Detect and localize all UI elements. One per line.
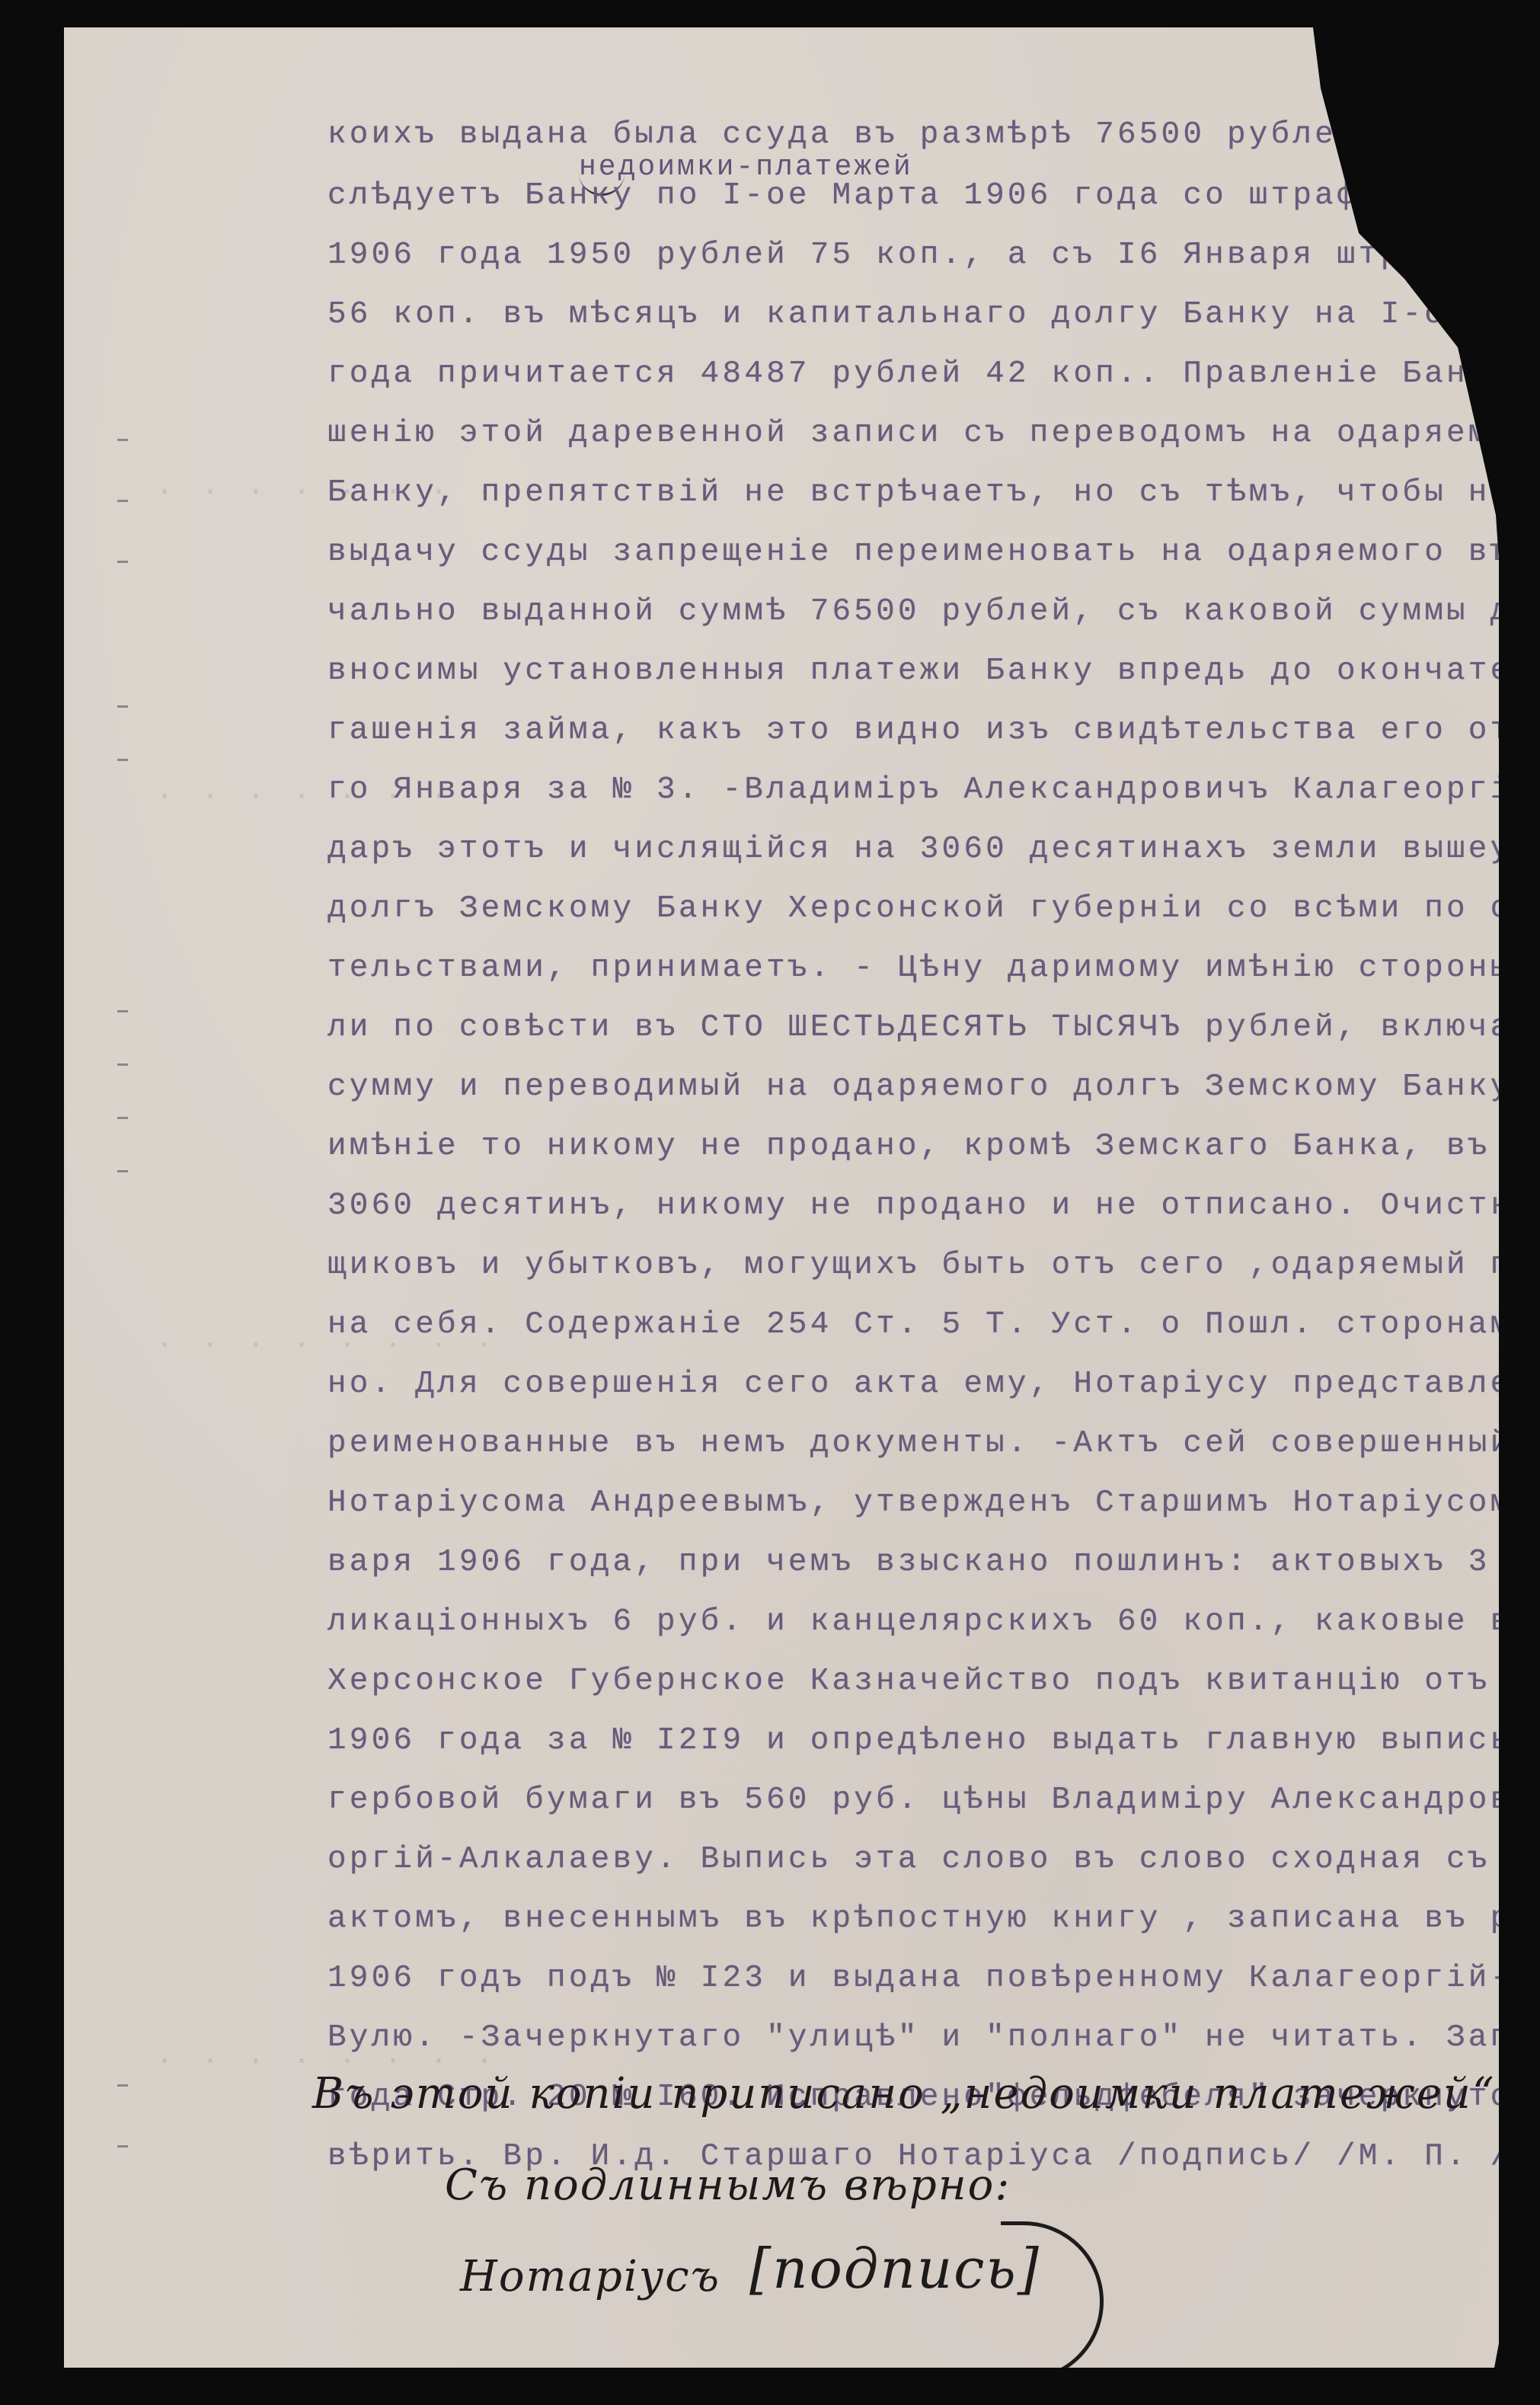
margin-mark: [117, 439, 128, 441]
typed-line: актомъ, внесеннымъ въ крѣпостную книгу ,…: [327, 1901, 1540, 1936]
typed-line: но. Для совершенія сего акта ему, Нотарі…: [327, 1367, 1540, 1402]
handwritten-note: Въ этой копіи приписано „недоимки платеж…: [312, 2069, 1495, 2119]
typed-line: оргій-Алкалаеву. Выпись эта слово въ сло…: [327, 1842, 1540, 1877]
typed-line: даръ этотъ и числящійся на 3060 десятина…: [327, 832, 1540, 867]
typed-line: на себя. Содержаніе 254 Ст. 5 Т. Уст. о …: [327, 1307, 1540, 1342]
margin-mark: [117, 1117, 128, 1119]
margin-mark: [117, 1170, 128, 1172]
margin-mark: [117, 500, 128, 502]
margin-mark: [117, 1010, 128, 1012]
notary-signature: [подпись]: [749, 2237, 1040, 2301]
signature-flourish: [1001, 2221, 1104, 2381]
typed-line: шенію этой даревенной записи съ переводо…: [327, 416, 1540, 451]
handwritten-notary-label: Нотаріусъ: [460, 2252, 720, 2301]
typed-line: Нотаріусома Андреевымъ, утвержденъ Старш…: [327, 1486, 1540, 1521]
typed-line: года причитается 48487 рублей 42 коп.. П…: [327, 357, 1540, 392]
typed-line: го Января за № 3. -Владиміръ Александров…: [327, 772, 1540, 808]
typed-line: коихъ выдана была ссуда въ размѣрѣ 76500…: [327, 117, 1512, 152]
typed-line: Вулю. -Зачеркнутаго "улицѣ" и "полнаго" …: [327, 2020, 1540, 2055]
typed-line: долгъ Земскому Банку Херсонской губерніи…: [327, 891, 1540, 926]
typed-line: выдачу ссуды запрещеніе переименовать на…: [327, 535, 1540, 570]
typed-line: 56 коп. въ мѣсяцъ и капитальнаго долгу Б…: [327, 297, 1540, 332]
typed-line: варя 1906 года, при чемъ взыскано пошлин…: [327, 1545, 1540, 1580]
margin-mark: [117, 705, 128, 708]
typed-line: Херсонское Губернское Казначейство подъ …: [327, 1664, 1540, 1699]
margin-mark: [117, 1063, 128, 1066]
typed-line: 1906 года за № I2I9 и опредѣлено выдать …: [327, 1723, 1540, 1758]
margin-mark: [117, 759, 128, 761]
typed-line: тельствами, принимаетъ. - Цѣну даримому …: [327, 951, 1540, 986]
typed-line: имѣніе то никому не продано, кромѣ Земск…: [327, 1129, 1540, 1164]
typed-line: 3060 десятинъ, никому не продано и не от…: [327, 1188, 1540, 1223]
margin-mark: [117, 561, 128, 563]
typed-line: сумму и переводимый на одаряемого долгъ …: [327, 1070, 1540, 1105]
typed-line: щиковъ и убытковъ, могущихъ быть отъ сег…: [327, 1248, 1540, 1283]
typed-line: 1906 годъ подъ № I23 и выдана повѣренном…: [327, 1961, 1540, 1996]
typed-line: Банку, препятствій не встрѣчаетъ, но съ …: [327, 475, 1540, 510]
margin-mark: [117, 2084, 128, 2087]
document-page: . . . . . . . . . . . . . . . . . . . . …: [64, 27, 1499, 2368]
typed-line: гашенія займа, какъ это видно изъ свидѣт…: [327, 713, 1540, 748]
handwritten-certification: Съ подлиннымъ вѣрно:: [445, 2160, 1011, 2210]
typed-line: ликаціонныхъ 6 руб. и канцелярскихъ 60 к…: [327, 1604, 1540, 1639]
margin-mark: [117, 2145, 128, 2148]
typed-line: чально выданной суммѣ 76500 рублей, съ к…: [327, 594, 1540, 629]
typed-line: вносимы установленныя платежи Банку впре…: [327, 654, 1540, 689]
typed-line: 1906 года 1950 рублей 75 коп., а съ I6 Я…: [327, 238, 1540, 273]
typed-line: реименованные въ немъ документы. -Актъ с…: [327, 1426, 1540, 1461]
typed-line: слѣдуетъ Банку по I-ое Марта 1906 года с…: [327, 178, 1540, 213]
typed-line: гербовой бумаги въ 560 руб. цѣны Владимі…: [327, 1783, 1540, 1818]
typed-line: ли по совѣсти въ СТО ШЕСТЬДЕСЯТЬ ТЫСЯЧЪ …: [327, 1010, 1540, 1045]
